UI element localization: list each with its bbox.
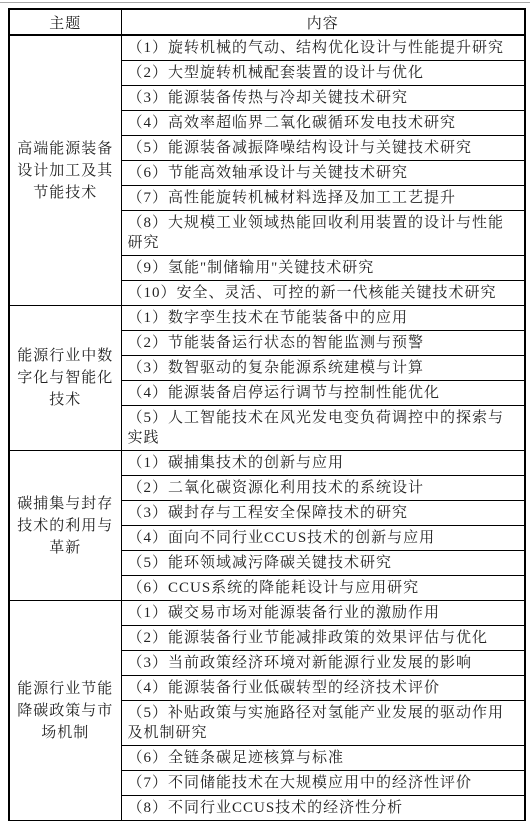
document-page: 主题 内容 高端能源装备设计加工及其节能技术（1）旋转机械的气动、结构优化设计与…: [0, 0, 530, 821]
table-header: 主题 内容: [9, 9, 525, 35]
content-item-cell: （8）不同行业CCUS技术的经济性分析: [121, 796, 525, 821]
topics-table-body: 高端能源装备设计加工及其节能技术（1）旋转机械的气动、结构优化设计与性能提升研究…: [9, 35, 525, 821]
content-column-header: 内容: [121, 9, 525, 35]
content-item-cell: （3）能源装备传热与冷却关键技术研究: [121, 86, 525, 111]
content-item-cell: （1）数字孪生技术在节能装备中的应用: [121, 306, 525, 331]
page-top-rule: [0, 2, 530, 3]
content-item-cell: （4）高效率超临界二氧化碳循环发电技术研究: [121, 111, 525, 136]
topic-column-header: 主题: [9, 9, 121, 35]
content-item-cell: （2）二氧化碳资源化利用技术的系统设计: [121, 476, 525, 501]
topic-cell: 能源行业节能降碳政策与市场机制: [9, 601, 121, 821]
content-item-cell: （5）能环领域减污降碳关键技术研究: [121, 551, 525, 576]
content-item-cell: （1）碳交易市场对能源装备行业的激励作用: [121, 601, 525, 626]
content-item-cell: （6）全链条碳足迹核算与标准: [121, 746, 525, 771]
topic-cell: 高端能源装备设计加工及其节能技术: [9, 35, 121, 306]
content-item-cell: （3）当前政策经济环境对新能源行业发展的影响: [121, 651, 525, 676]
content-item-cell: （1）碳捕集技术的创新与应用: [121, 451, 525, 476]
content-item-cell: （7）高性能旋转机械材料选择及加工工艺提升: [121, 186, 525, 211]
content-item-cell: （6）节能高效轴承设计与关键技术研究: [121, 161, 525, 186]
content-item-cell: （1）旋转机械的气动、结构优化设计与性能提升研究: [121, 35, 525, 61]
content-item-cell: （5）人工智能技术在风光发电变负荷调控中的探索与实践: [121, 406, 525, 451]
header-row: 主题 内容: [9, 9, 525, 35]
content-item-cell: （9）氢能"制储输用"关键技术研究: [121, 256, 525, 281]
content-item-cell: （4）能源装备启停运行调节与控制性能优化: [121, 381, 525, 406]
table-row: 高端能源装备设计加工及其节能技术（1）旋转机械的气动、结构优化设计与性能提升研究: [9, 35, 525, 61]
content-item-cell: （10）安全、灵活、可控的新一代核能关键技术研究: [121, 281, 525, 306]
content-item-cell: （3）数智驱动的复杂能源系统建模与计算: [121, 356, 525, 381]
content-item-cell: （2）能源装备行业节能减排政策的效果评估与优化: [121, 626, 525, 651]
content-item-cell: （6）CCUS系统的降能耗设计与应用研究: [121, 576, 525, 601]
content-item-cell: （7）不同储能技术在大规模应用中的经济性评价: [121, 771, 525, 796]
content-item-cell: （4）能源装备行业低碳转型的经济技术评价: [121, 676, 525, 701]
table-row: 碳捕集与封存技术的利用与革新（1）碳捕集技术的创新与应用: [9, 451, 525, 476]
topic-cell: 能源行业中数字化与智能化技术: [9, 306, 121, 451]
content-item-cell: （4）面向不同行业CCUS技术的创新与应用: [121, 526, 525, 551]
content-item-cell: （3）碳封存与工程安全保障技术的研究: [121, 501, 525, 526]
content-item-cell: （8）大规模工业领域热能回收利用装置的设计与性能研究: [121, 211, 525, 256]
content-item-cell: （2）节能装备运行状态的智能监测与预警: [121, 331, 525, 356]
content-item-cell: （2）大型旋转机械配套装置的设计与优化: [121, 61, 525, 86]
content-item-cell: （5）补贴政策与实施路径对氢能产业发展的驱动作用及机制研究: [121, 701, 525, 746]
topics-table: 主题 内容 高端能源装备设计加工及其节能技术（1）旋转机械的气动、结构优化设计与…: [8, 8, 526, 821]
topic-cell: 碳捕集与封存技术的利用与革新: [9, 451, 121, 601]
content-item-cell: （5）能源装备减振降噪结构设计与关键技术研究: [121, 136, 525, 161]
table-row: 能源行业中数字化与智能化技术（1）数字孪生技术在节能装备中的应用: [9, 306, 525, 331]
table-row: 能源行业节能降碳政策与市场机制（1）碳交易市场对能源装备行业的激励作用: [9, 601, 525, 626]
